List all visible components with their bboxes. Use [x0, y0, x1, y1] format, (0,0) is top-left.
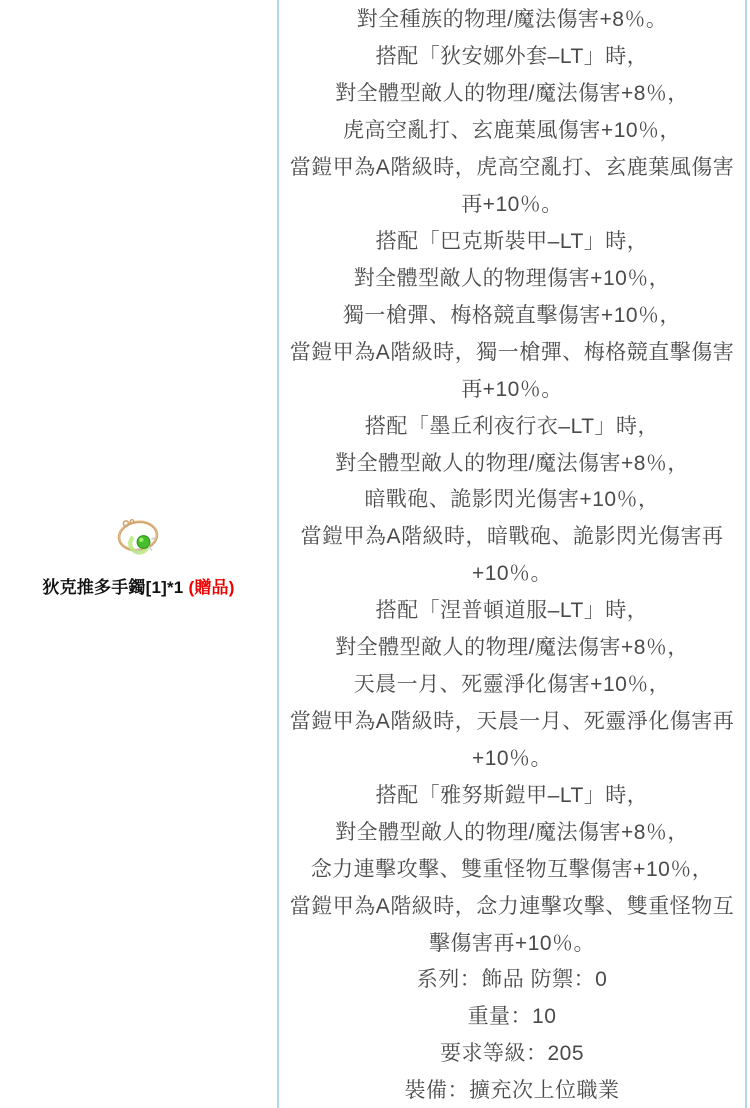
description-line: 對全體型敵人的物理/魔法傷害+8％， — [281, 812, 743, 849]
description-line: 對全體型敵人的物理/魔法傷害+8％， — [281, 628, 743, 665]
description-line: 當鎧甲為A階級時，念力連擊攻擊、雙重怪物互 — [281, 886, 743, 923]
description-line: 獨一槍彈、梅格競直擊傷害+10％， — [281, 295, 743, 332]
description-line: 對全種族的物理/魔法傷害+8％。 — [281, 0, 743, 37]
description-line: 虎高空亂打、玄鹿葉風傷害+10％， — [281, 111, 743, 148]
item-cell: 狄克推多手鐲[1]*1 (贈品) — [0, 0, 277, 1108]
description-cell: 對全種族的物理/魔法傷害+8％。搭配「狄安娜外套–LT」時，對全體型敵人的物理/… — [277, 0, 747, 1108]
description-line: 搭配「雅努斯鎧甲–LT」時， — [281, 775, 743, 812]
description-line: 當鎧甲為A階級時，暗戰砲、詭影閃光傷害再 — [281, 517, 743, 554]
item-block: 狄克推多手鐲[1]*1 (贈品) — [42, 511, 234, 598]
description-line: 再+10％。 — [281, 185, 743, 222]
description-line: 對全體型敵人的物理/魔法傷害+8％， — [281, 443, 743, 480]
description-line: 當鎧甲為A階級時，獨一槍彈、梅格競直擊傷害 — [281, 332, 743, 369]
description-line: 系列：飾品 防禦：0 — [281, 960, 743, 997]
description-line: 暗戰砲、詭影閃光傷害+10％， — [281, 480, 743, 517]
description-line: 當鎧甲為A階級時，天晨一月、死靈淨化傷害再 — [281, 702, 743, 739]
description-line: +10％。 — [281, 554, 743, 591]
description-line: 念力連擊攻擊、雙重怪物互擊傷害+10％， — [281, 849, 743, 886]
description-line: 對全體型敵人的物理傷害+10％， — [281, 258, 743, 295]
item-info-table: 狄克推多手鐲[1]*1 (贈品) 對全種族的物理/魔法傷害+8％。搭配「狄安娜外… — [0, 0, 750, 1108]
item-name-row: 狄克推多手鐲[1]*1 (贈品) — [42, 573, 234, 598]
item-name: 狄克推多手鐲[1]*1 — [42, 573, 183, 598]
description-line: +10％。 — [281, 738, 743, 775]
description-line: 再+10％。 — [281, 369, 743, 406]
description-line: 裝備：擴充次上位職業 — [281, 1071, 743, 1108]
description-line: 擊傷害再+10％。 — [281, 923, 743, 960]
description-line: 重量：10 — [281, 997, 743, 1034]
gift-badge: (贈品) — [188, 573, 234, 598]
description-line: 天晨一月、死靈淨化傷害+10％， — [281, 665, 743, 702]
description-lines: 對全種族的物理/魔法傷害+8％。搭配「狄安娜外套–LT」時，對全體型敵人的物理/… — [281, 0, 743, 1108]
description-line: 搭配「涅普頓道服–LT」時， — [281, 591, 743, 628]
description-line: 搭配「墨丘利夜行衣–LT」時， — [281, 406, 743, 443]
description-line: 對全體型敵人的物理/魔法傷害+8％， — [281, 74, 743, 111]
description-line: 搭配「狄安娜外套–LT」時， — [281, 37, 743, 74]
bracelet-icon — [114, 511, 162, 559]
description-line: 要求等級：205 — [281, 1034, 743, 1071]
description-line: 搭配「巴克斯裝甲–LT」時， — [281, 222, 743, 259]
description-line: 當鎧甲為A階級時，虎高空亂打、玄鹿葉風傷害 — [281, 148, 743, 185]
